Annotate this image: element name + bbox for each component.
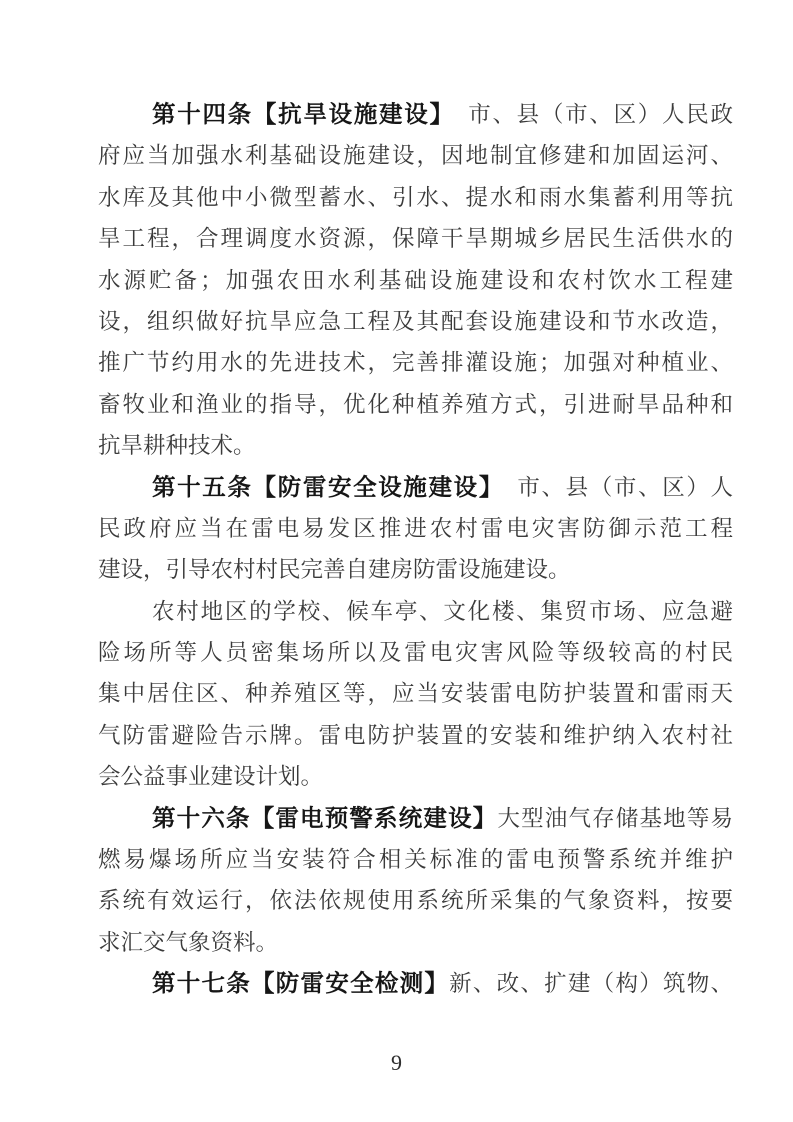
text-segment: 新、改、扩建（构）筑物、 xyxy=(449,971,733,996)
article-17-heading: 第十七条【防雷安全检测】 xyxy=(152,970,449,996)
text-line: 求汇交气象资料。 xyxy=(98,922,733,963)
text-line: 第十六条【雷电预警系统建设】大型油气存储基地等易 xyxy=(98,798,733,839)
text-segment: 市、县（市、区）人民政 xyxy=(468,102,733,127)
text-segment: 大型油气存储基地等易 xyxy=(497,806,733,831)
text-segment: 市、县（市、区）人 xyxy=(517,475,733,500)
text-line: 第十五条【防雷安全设施建设】 市、县（市、区）人 xyxy=(98,467,733,508)
text-line: 府应当加强水利基础设施建设，因地制宜修建和加固运河、 xyxy=(98,135,733,176)
text-line: 集中居住区、种养殖区等，应当安装雷电防护装置和雷雨天 xyxy=(98,673,733,714)
text-line: 水库及其他中小微型蓄水、引水、提水和雨水集蓄利用等抗 xyxy=(98,177,733,218)
text-line: 气防雷避险告示牌。雷电防护装置的安装和维护纳入农村社 xyxy=(98,715,733,756)
text-line: 水源贮备；加强农田水利基础设施建设和农村饮水工程建 xyxy=(98,260,733,301)
article-14-heading: 第十四条【抗旱设施建设】 xyxy=(152,101,468,127)
text-line: 建设，引导农村村民完善自建房防雷设施建设。 xyxy=(98,549,733,590)
text-line: 抗旱耕种技术。 xyxy=(98,425,733,466)
article-15-heading: 第十五条【防雷安全设施建设】 xyxy=(152,474,517,500)
text-line: 推广节约用水的先进技术，完善排灌设施；加强对种植业、 xyxy=(98,342,733,383)
document-page: 第十四条【抗旱设施建设】 市、县（市、区）人民政 府应当加强水利基础设施建设，因… xyxy=(0,0,793,1122)
text-line: 第十七条【防雷安全检测】新、改、扩建（构）筑物、 xyxy=(98,963,733,1004)
article-16-heading: 第十六条【雷电预警系统建设】 xyxy=(152,805,497,831)
text-line: 会公益事业建设计划。 xyxy=(98,756,733,797)
text-line: 险场所等人员密集场所以及雷电灾害风险等级较高的村民 xyxy=(98,632,733,673)
text-line: 畜牧业和渔业的指导，优化种植养殖方式，引进耐旱品种和 xyxy=(98,384,733,425)
text-line: 设，组织做好抗旱应急工程及其配套设施建设和节水改造， xyxy=(98,301,733,342)
text-line: 第十四条【抗旱设施建设】 市、县（市、区）人民政 xyxy=(98,94,733,135)
text-line: 旱工程，合理调度水资源，保障干旱期城乡居民生活供水的 xyxy=(98,218,733,259)
text-line: 农村地区的学校、候车亭、文化楼、集贸市场、应急避 xyxy=(98,591,733,632)
text-line: 系统有效运行，依法依规使用系统所采集的气象资料，按要 xyxy=(98,880,733,921)
page-number: 9 xyxy=(0,1042,793,1083)
text-line: 民政府应当在雷电易发区推进农村雷电灾害防御示范工程 xyxy=(98,508,733,549)
document-body: 第十四条【抗旱设施建设】 市、县（市、区）人民政 府应当加强水利基础设施建设，因… xyxy=(98,94,733,1005)
text-line: 燃易爆场所应当安装符合相关标准的雷电预警系统并维护 xyxy=(98,839,733,880)
